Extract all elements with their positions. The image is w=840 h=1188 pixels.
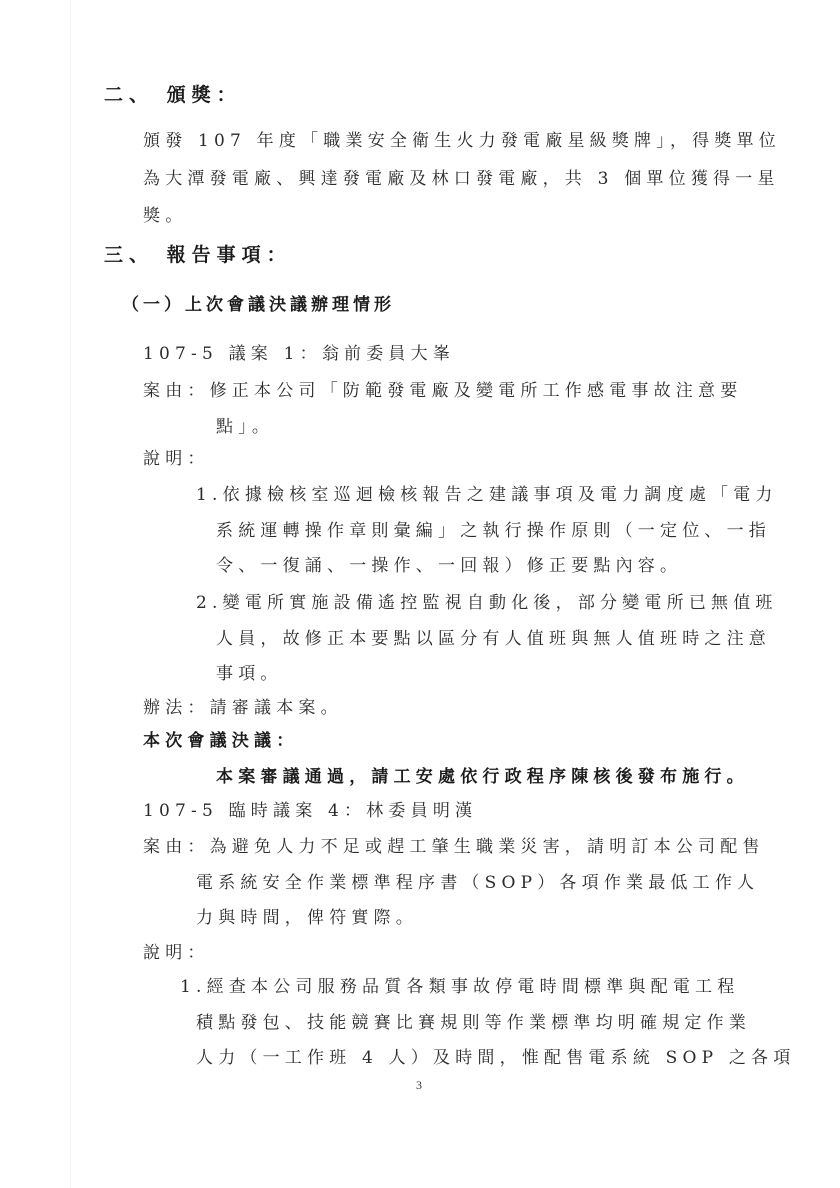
case-1-explanation-2-line-2: 人員，故修正本要點以區分有人值班與無人值班時之注意 xyxy=(216,628,771,650)
case-1-explanation-1-line-1: 1.依據檢核室巡迴檢核報告之建議事項及電力調度處「電力 xyxy=(196,484,778,506)
case-1-method: 辦法：請審議本案。 xyxy=(143,697,343,719)
section-heading-report-items: 三、 報告事項： xyxy=(104,244,292,266)
case-4-explanation-1-line-3: 人力（一工作班 4 人）及時間，惟配售電系統 SOP 之各項 xyxy=(196,1047,795,1069)
case-4-reason-line-1: 案由：為避免人力不足或趕工肇生職業災害，請明訂本公司配售 xyxy=(143,836,765,858)
awards-paragraph-line-2: 為大潭發電廠、興達發電廠及林口發電廠，共 3 個單位獲得一星 xyxy=(143,168,780,190)
case-4-reason-line-3: 力與時間，俾符實際。 xyxy=(196,907,418,929)
case-4-explanation-1-line-2: 積點發包、技能競賽比賽規則等作業標準均明確規定作業 xyxy=(196,1012,751,1034)
case-1-title: 107-5 議案 1：翁前委員大峯 xyxy=(143,343,455,365)
page-number: 3 xyxy=(416,1078,422,1093)
case-4-explanation-1-line-1: 1.經查本公司服務品質各類事故停電時間標準與配電工程 xyxy=(180,976,739,998)
case-1-resolution-text: 本案審議通過，請工安處依行政程序陳核後發布施行。 xyxy=(216,766,749,788)
case-1-explanation-2-line-3: 事項。 xyxy=(216,663,283,685)
case-4-reason-line-2: 電系統安全作業標準程序書（SOP）各項作業最低工作人 xyxy=(196,872,759,894)
case-1-explanation-2-line-1: 2.變電所實施設備遙控監視自動化後，部分變電所已無值班 xyxy=(196,592,778,614)
case-1-explanation-1-line-2: 系統運轉操作章則彙編」之執行操作原則（一定位、一指 xyxy=(216,520,771,542)
awards-paragraph-line-1: 頒發 107 年度「職業安全衛生火力發電廠星級獎牌」，得獎單位 xyxy=(143,130,781,152)
case-1-reason-line-2: 點」。 xyxy=(216,416,274,438)
section-heading-awards: 二、 頒獎： xyxy=(104,84,242,106)
scan-edge-line xyxy=(70,0,71,1188)
case-1-explanation-1-line-3: 令、一復誦、一操作、一回報）修正要點內容。 xyxy=(216,555,682,577)
case-4-explanation-label: 說明： xyxy=(143,942,210,964)
case-1-resolution-label: 本次會議決議： xyxy=(143,730,298,752)
subsection-heading-previous-resolutions: （一）上次會議決議辦理情形 xyxy=(122,294,395,316)
awards-paragraph-line-3: 獎。 xyxy=(143,205,187,227)
case-4-title: 107-5 臨時議案 4：林委員明漢 xyxy=(143,800,477,822)
case-1-explanation-label: 說明： xyxy=(143,448,210,470)
case-1-reason-line-1: 案由：修正本公司「防範發電廠及變電所工作感電事故注意要 xyxy=(143,380,742,402)
